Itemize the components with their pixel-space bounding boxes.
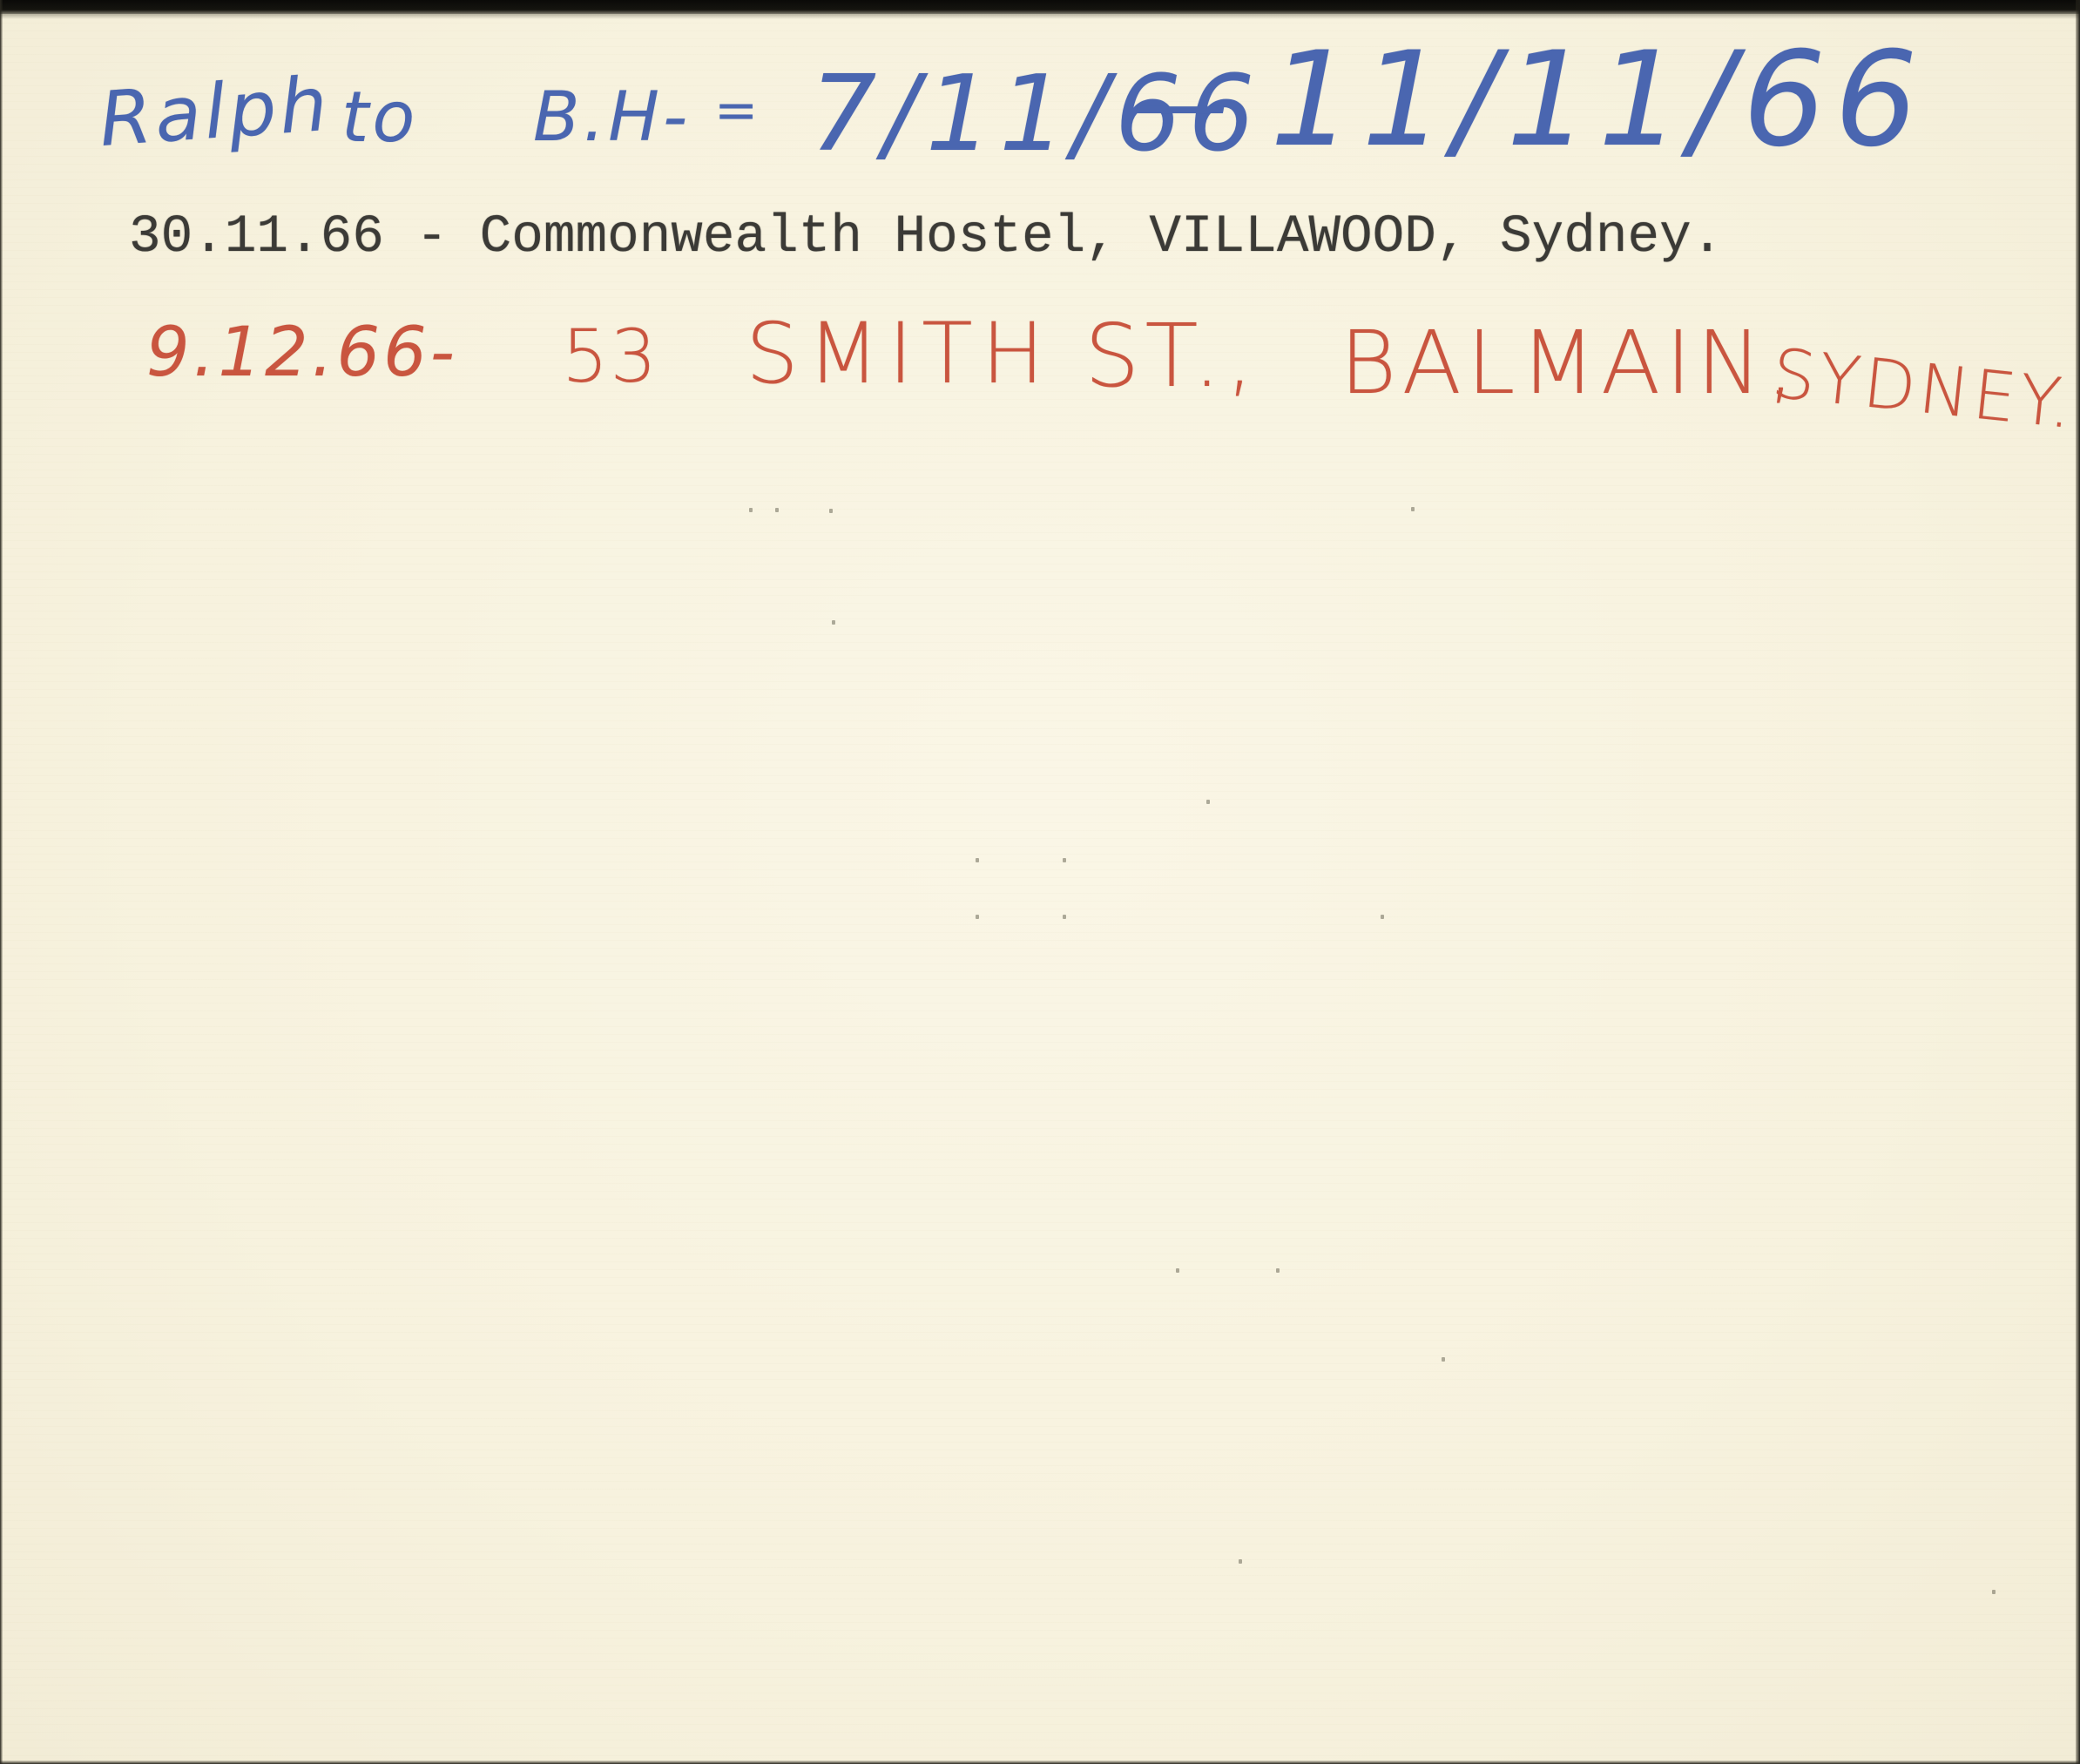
- speck: [1176, 1268, 1179, 1273]
- speck: [1381, 915, 1384, 919]
- speck: [1411, 507, 1415, 511]
- note-equals: =: [714, 80, 761, 141]
- note-date-to: 11/11/66: [1270, 24, 1927, 176]
- speck: [1442, 1357, 1445, 1362]
- typed-address-entry: 30.11.66 - Commonwealth Hostel, VILLAWOO…: [129, 207, 1723, 267]
- speck: [1206, 800, 1210, 804]
- note-name: Ralph: [97, 61, 334, 164]
- note-place-abbrev: B.H-: [533, 78, 691, 157]
- red-note-suburb: BALMAIN,: [1340, 312, 1800, 414]
- speck: [749, 508, 753, 512]
- card-right-edge: [2076, 0, 2080, 1764]
- red-note-city: SYDNEY.: [1768, 335, 2079, 444]
- speck: [1063, 915, 1066, 919]
- speck: [1063, 858, 1066, 862]
- red-note-street-number: 53: [562, 314, 658, 399]
- speck: [1239, 1559, 1242, 1564]
- speck: [1992, 1590, 1996, 1594]
- speck: [775, 508, 779, 512]
- red-note-date: 9.12.66-: [146, 314, 458, 392]
- card-top-edge: [0, 0, 2080, 14]
- red-note-street-name: SMITH: [746, 305, 1053, 402]
- red-note-street-abbrev: ST.,: [1084, 305, 1259, 407]
- speck: [829, 509, 833, 513]
- note-dash: —: [1132, 47, 1232, 159]
- note-word-to: to: [341, 77, 418, 158]
- card-left-edge: [0, 0, 3, 1764]
- index-card: Ralph to B.H- = 7/11/66 — 11/11/66 30.11…: [0, 0, 2080, 1764]
- speck: [1276, 1268, 1280, 1273]
- speck: [976, 858, 979, 862]
- speck: [832, 620, 835, 625]
- speck: [976, 915, 979, 919]
- card-bottom-edge: [0, 1761, 2080, 1764]
